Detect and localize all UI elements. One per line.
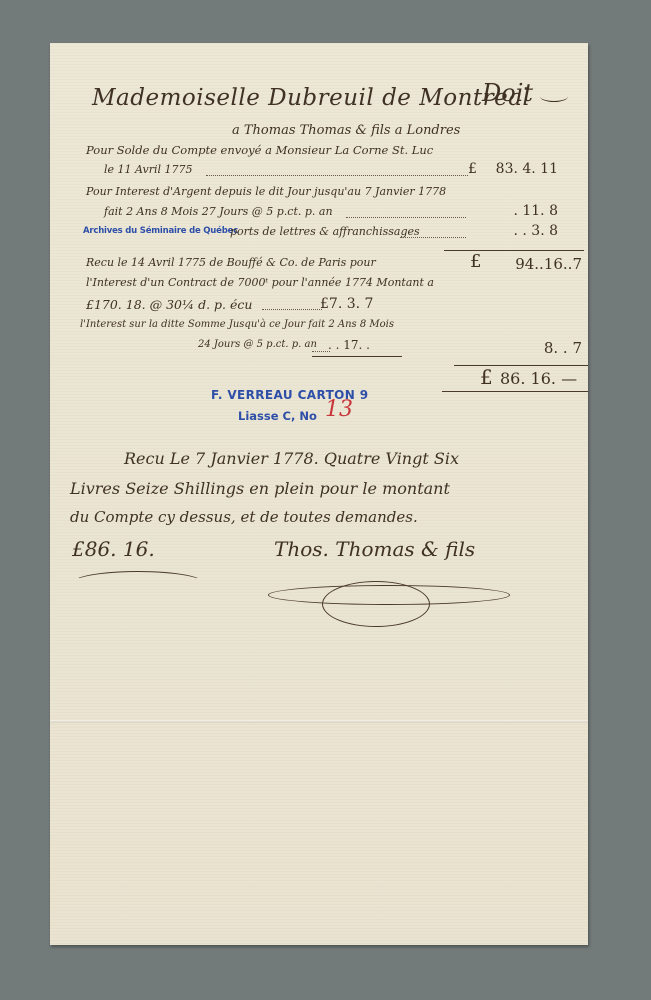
leader-dots [346, 217, 466, 218]
leader-dots [206, 175, 468, 176]
balance-amount: 86. 16. — [500, 369, 586, 388]
receipt-line-1: Recu Le 7 Janvier 1778. Quatre Vingt Six [124, 449, 459, 468]
liasse-stamp: Liasse C, No [238, 409, 317, 423]
doit-label: Doit [482, 79, 533, 107]
balance-rule [442, 391, 588, 392]
document-page: Mademoiselle Dubreuil de Montreal Doit a… [50, 43, 588, 945]
entry-3-line-1: ports de lettres & affranchissages [230, 225, 420, 238]
signature-flourish-loop [322, 581, 430, 627]
credit-1-line-3: £170. 18. @ 30¼ d. p. écu [86, 297, 252, 312]
leader-dots [262, 309, 322, 310]
signature: Thos. Thomas & fils [274, 537, 475, 561]
debtor-heading: Mademoiselle Dubreuil de Montreal [92, 85, 530, 111]
entry-1-line-2: le 11 Avril 1775 [104, 163, 193, 176]
credit-total-rule [454, 365, 588, 366]
sum-rule [444, 250, 584, 251]
receipt-line-3: du Compte cy dessus, et de toutes demand… [70, 508, 418, 526]
entry-2-line-1: Pour Interest d'Argent depuis le dit Jou… [86, 185, 446, 198]
liasse-number-handwritten: 13 [325, 397, 353, 422]
total-flourish [72, 571, 204, 595]
credit-2-amount: . . 17. . [328, 338, 398, 352]
receipt-line-2: Livres Seize Shillings en plein pour le … [70, 479, 450, 498]
credit-2-line-1: l'Interest sur la ditte Somme Jusqu'à ce… [80, 319, 394, 330]
credit-1-amount: £7. 3. 7 [320, 296, 396, 312]
leader-dots [400, 237, 466, 238]
entry-1-line-1: Pour Solde du Compte envoyé a Monsieur L… [86, 143, 433, 157]
creditor-line: a Thomas Thomas & fils a Londres [232, 123, 460, 138]
entry-1-amount: 83. 4. 11 [486, 161, 558, 177]
doit-flourish [540, 91, 568, 102]
credit-1-line-1: Recu le 14 Avril 1775 de Bouffé & Co. de… [86, 256, 376, 269]
entry-2-amount: . 11. 8 [468, 203, 558, 219]
entry-2-line-2: fait 2 Ans 8 Mois 27 Jours @ 5 p.ct. p. … [104, 205, 333, 218]
credit-1-line-2: l'Interest d'un Contract de 7000ᵗ pour l… [86, 276, 434, 289]
credit-total-amount: 8. . 7 [486, 339, 582, 357]
entry-3-amount: . . 3. 8 [468, 223, 558, 239]
receipt-total: £86. 16. [72, 537, 155, 561]
credit-subtotal-rule [312, 356, 402, 357]
paper-fold-line [50, 720, 588, 723]
archives-stamp: Archives du Séminaire de Québec [83, 226, 238, 236]
credit-2-line-2: 24 Jours @ 5 p.ct. p. an [198, 339, 317, 350]
balance-currency: £ [480, 365, 500, 389]
subtotal-amount: 94..16..7 [486, 255, 582, 273]
